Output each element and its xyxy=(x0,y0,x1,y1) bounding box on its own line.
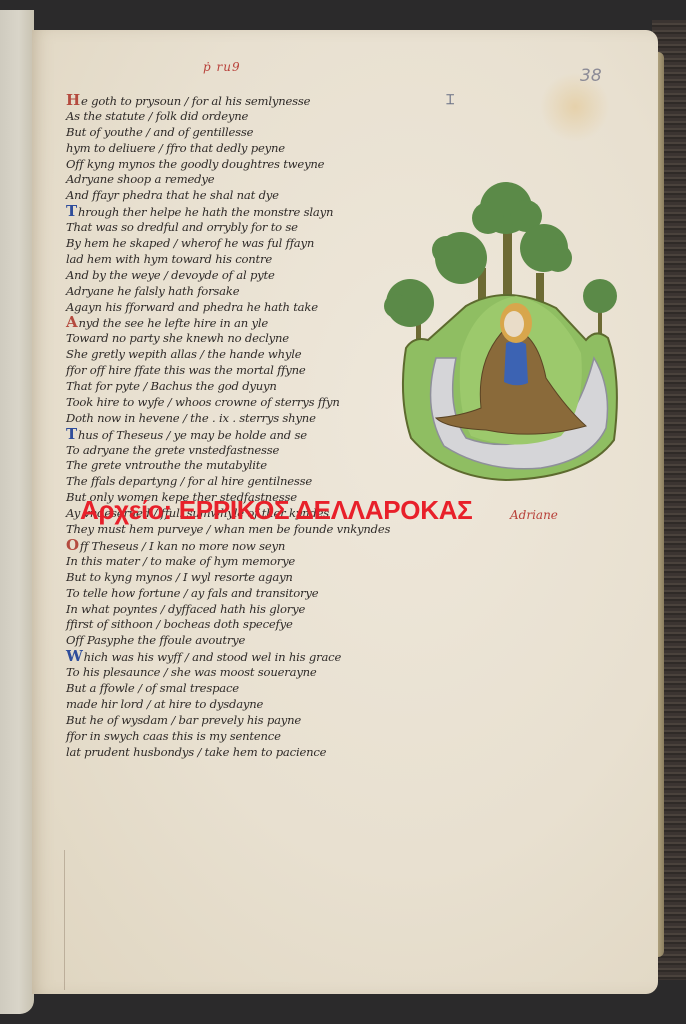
verse-line: Off Theseus / I kan no more now seyn xyxy=(66,538,446,554)
verse-text: Adryane he falsly hath forsake xyxy=(66,284,239,298)
verse-text: hrough ther helpe he hath the monstre sl… xyxy=(78,205,333,219)
verse-line: hym to deliuere / ffro that dedly peyne xyxy=(66,141,446,157)
verse-text: hich was his wyff / and stood wel in his… xyxy=(84,650,341,664)
figure-face xyxy=(504,311,524,337)
decorated-initial: T xyxy=(66,427,77,441)
verse-text: In this mater / to make of hym memorye xyxy=(66,554,295,568)
folio-number: 38 xyxy=(580,66,602,86)
verse-line: As the statute / folk did ordeyne xyxy=(66,109,446,125)
verse-text: Off kyng mynos the goodly doughtres twey… xyxy=(66,157,324,171)
verse-line: He goth to prysoun / for al his semlynes… xyxy=(66,93,446,109)
verse-line: ffirst of sithoon / bocheas doth specefy… xyxy=(66,617,446,633)
miniature-painting-icon xyxy=(366,178,626,490)
verse-text: e goth to prysoun / for al his semlyness… xyxy=(81,94,310,108)
verse-text: ffirst of sithoon / bocheas doth specefy… xyxy=(66,617,293,631)
verse-text: The ffals departyng / for al hire gentil… xyxy=(66,474,312,488)
decorated-initial: O xyxy=(66,538,79,552)
verse-text: To telle how fortune / ay fals and trans… xyxy=(66,586,318,600)
running-head: ṗ ru9 xyxy=(203,60,241,74)
paraph-mark: ⌶ xyxy=(446,92,454,108)
verse-line: Which was his wyff / and stood wel in hi… xyxy=(66,649,446,665)
ruling-line xyxy=(64,850,65,990)
verse-text: To his plesaunce / she was moost soueray… xyxy=(66,665,317,679)
verse-text: But to kyng mynos / I wyl resorte agayn xyxy=(66,570,293,584)
verse-text: Doth now in hevene / the . ix . sterrys … xyxy=(66,411,316,425)
archive-watermark: Αρχείο: ΕΡΡΙΚΟΣ ΔΕΛΛΑΡΟΚΑΣ xyxy=(80,495,472,526)
verse-text: hym to deliuere / ffro that dedly peyne xyxy=(66,141,285,155)
verse-line: Off Pasyphe the ffoule avoutrye xyxy=(66,633,446,649)
decorated-initial: A xyxy=(66,315,77,329)
verse-line: lat prudent husbondys / take hem to paci… xyxy=(66,745,446,761)
verse-text: She gretly wepith allas / the hande whyl… xyxy=(66,347,301,361)
verse-text: lad hem with hym toward his contre xyxy=(66,252,272,266)
verse-line: made hir lord / at hire to dysdayne xyxy=(66,697,446,713)
verse-line: In what poyntes / dyffaced hath his glor… xyxy=(66,602,446,618)
verse-text: That was so dredful and orrybly for to s… xyxy=(66,220,298,234)
decorated-initial: W xyxy=(66,649,83,663)
verse-text: But a ffowle / of smal trespace xyxy=(66,681,239,695)
verse-line: But a ffowle / of smal trespace xyxy=(66,681,446,697)
verse-line: But of youthe / and of gentillesse xyxy=(66,125,446,141)
verse-line: But to kyng mynos / I wyl resorte agayn xyxy=(66,570,446,586)
rubric-label: Adriane xyxy=(510,508,558,522)
verse-line: But he of wysdam / bar prevely his payne xyxy=(66,713,446,729)
verse-text: Took hire to wyfe / whoos crowne of ster… xyxy=(66,395,340,409)
verse-text: ff Theseus / I kan no more now seyn xyxy=(80,539,285,553)
verse-text: nyd the see he lefte hire in an yle xyxy=(78,316,268,330)
verse-text: Toward no party she knewh no declyne xyxy=(66,331,289,345)
verse-text: Agayn his fforward and phedra he hath ta… xyxy=(66,300,318,314)
verse-text: By hem he skaped / wherof he was ful ffa… xyxy=(66,236,314,250)
miniature-illustration xyxy=(366,178,626,490)
verse-text: lat prudent husbondys / take hem to paci… xyxy=(66,745,326,759)
verse-text: ffor in swych caas this is my sentence xyxy=(66,729,281,743)
verse-line: ffor in swych caas this is my sentence xyxy=(66,729,446,745)
verse-text: And ffayr phedra that he shal nat dye xyxy=(66,188,279,202)
verse-line: To telle how fortune / ay fals and trans… xyxy=(66,586,446,602)
left-page-edge xyxy=(0,10,34,1014)
verse-text: made hir lord / at hire to dysdayne xyxy=(66,697,263,711)
verse-line: Off kyng mynos the goodly doughtres twey… xyxy=(66,157,446,173)
verse-text: Off Pasyphe the ffoule avoutrye xyxy=(66,633,245,647)
decorated-initial: H xyxy=(66,93,80,107)
verse-text: And by the weye / devoyde of al pyte xyxy=(66,268,275,282)
verse-text: ffor off hire ffate this was the mortal … xyxy=(66,363,306,377)
verse-text: To adryane the grete vnstedfastnesse xyxy=(66,443,279,457)
figure-dress xyxy=(504,341,528,386)
verse-text: The grete vntrouthe the mutabylite xyxy=(66,458,267,472)
decorated-initial: T xyxy=(66,204,77,218)
verse-text: But he of wysdam / bar prevely his payne xyxy=(66,713,301,727)
verse-text: But of youthe / and of gentillesse xyxy=(66,125,253,139)
verse-line: To his plesaunce / she was moost soueray… xyxy=(66,665,446,681)
verse-text: hus of Theseus / ye may be holde and se xyxy=(78,428,307,442)
verse-text: That for pyte / Bachus the god dyuyn xyxy=(66,379,277,393)
verse-text: Adryane shoop a remedye xyxy=(66,172,214,186)
verse-text: In what poyntes / dyffaced hath his glor… xyxy=(66,602,305,616)
verse-text: As the statute / folk did ordeyne xyxy=(66,109,248,123)
verse-line: In this mater / to make of hym memorye xyxy=(66,554,446,570)
